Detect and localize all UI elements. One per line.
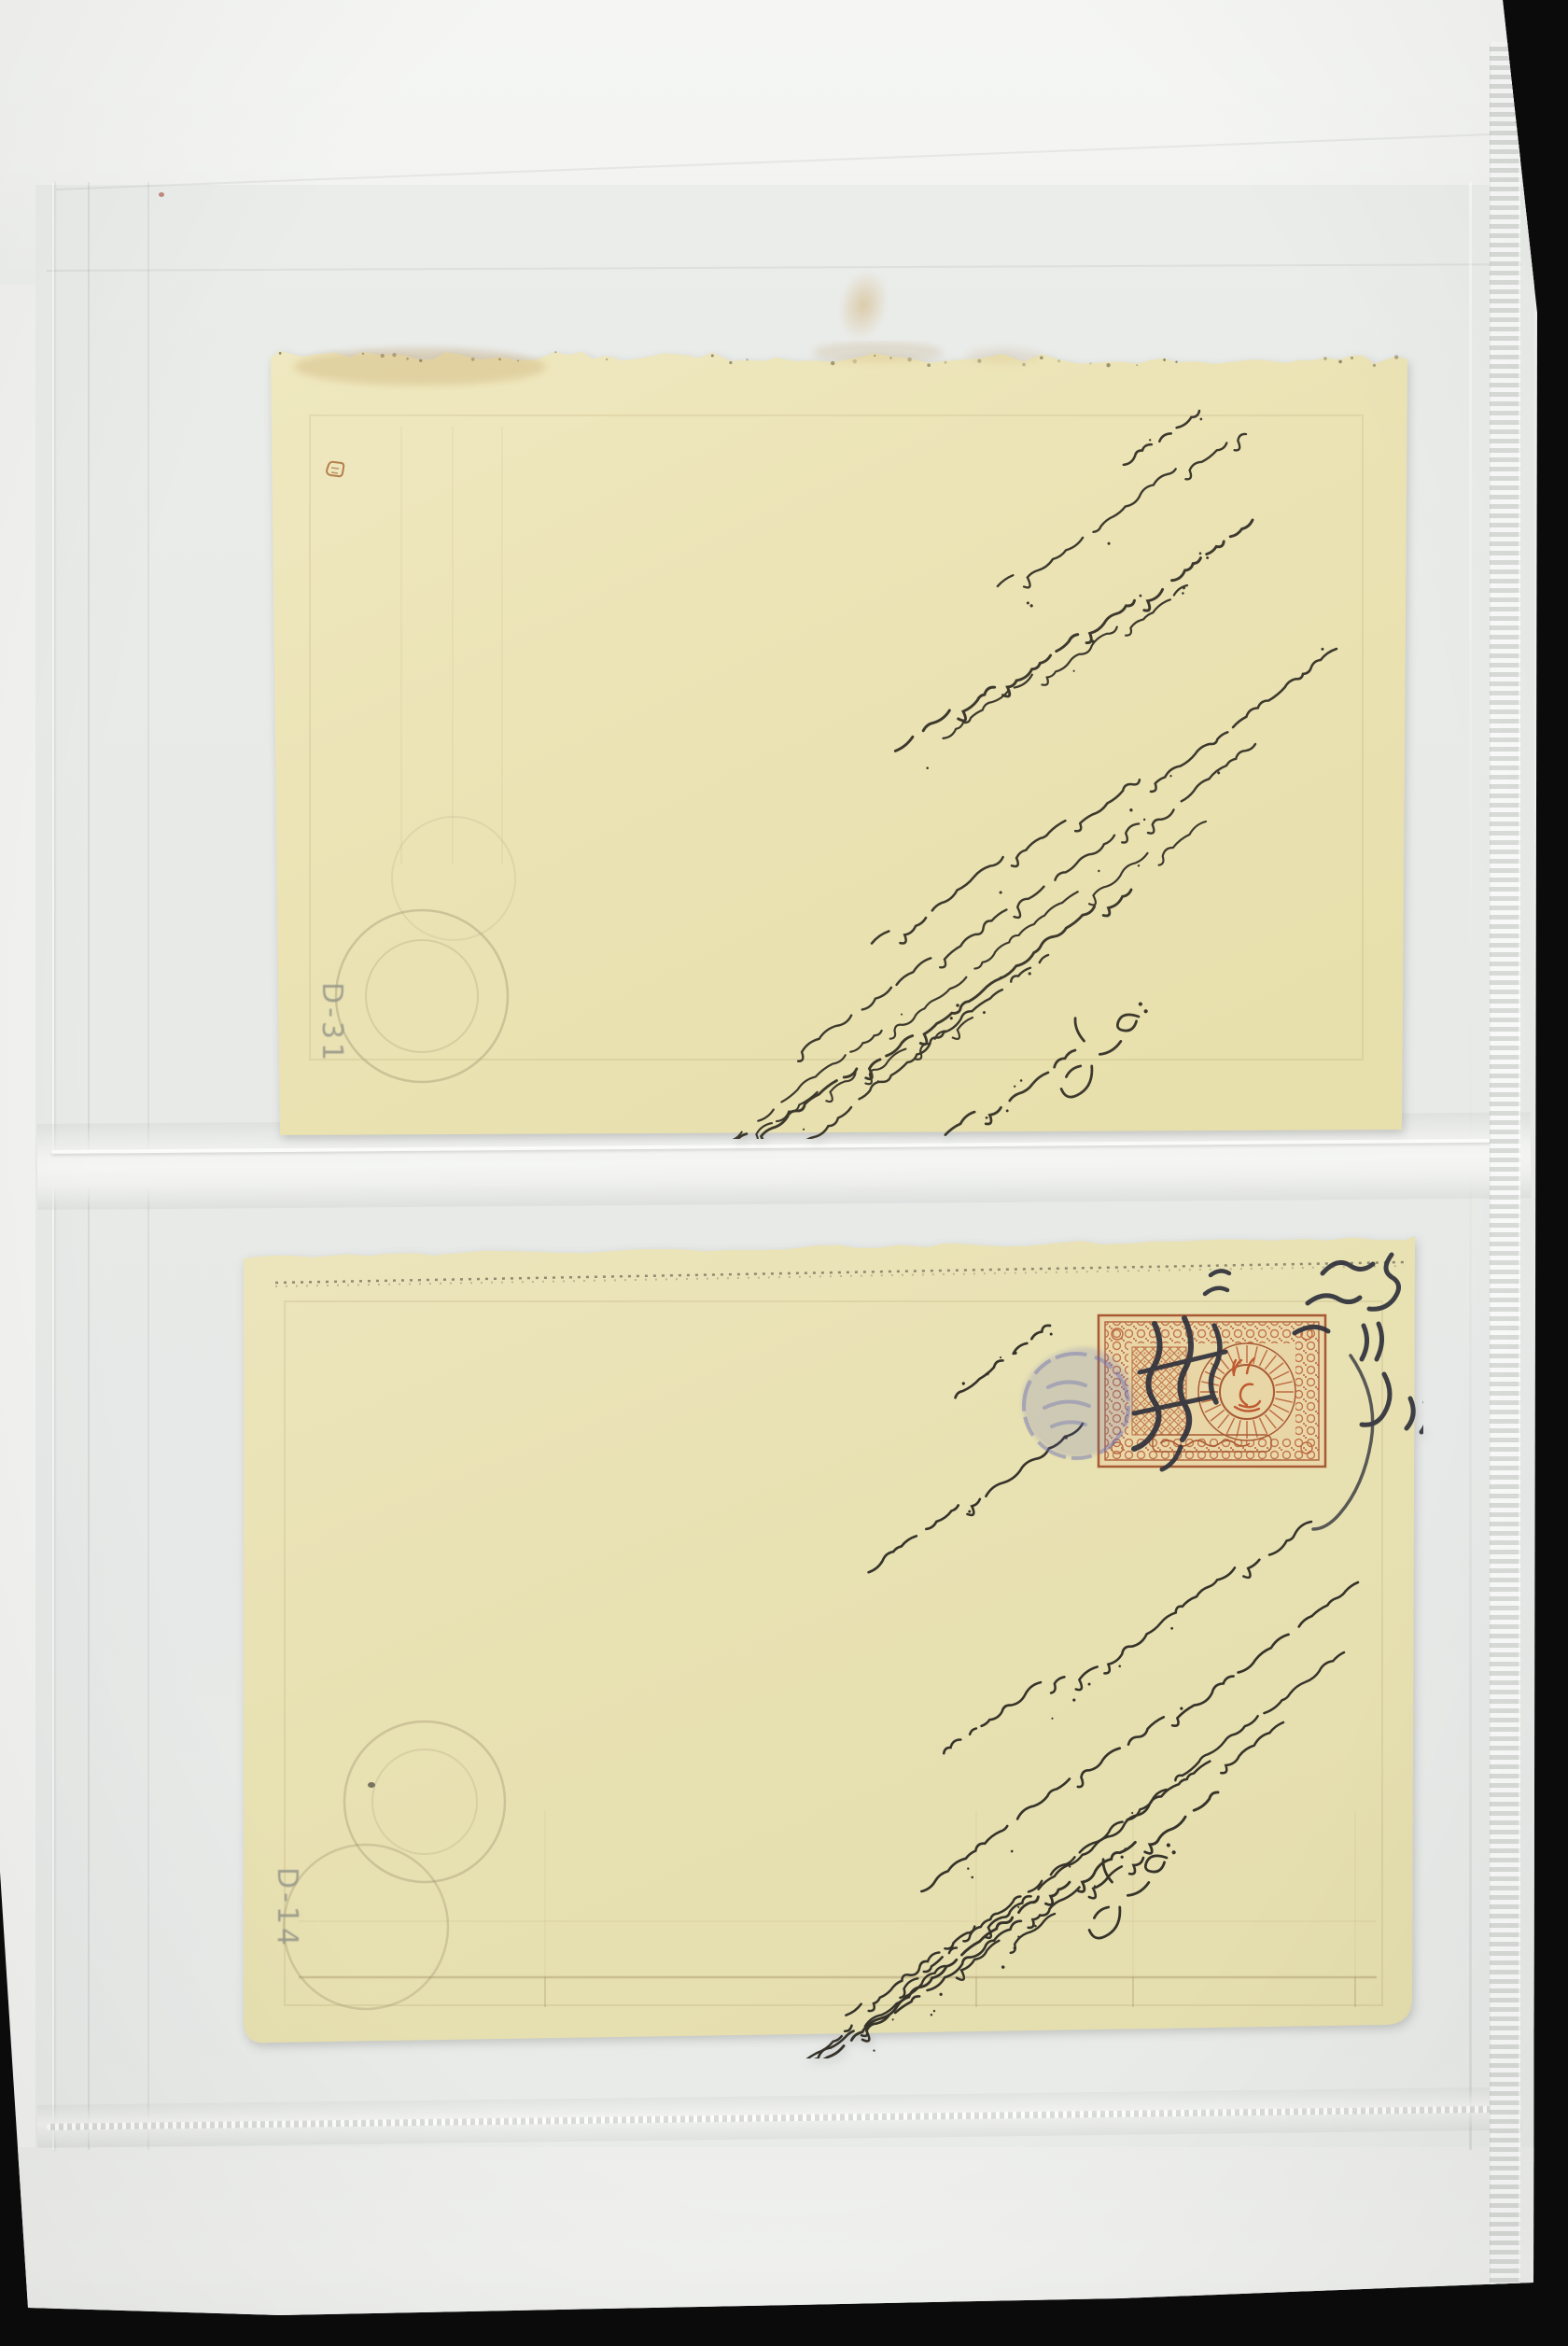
album-page-footer-strip [0,2147,1568,2346]
album-page: D-31 D-14 [0,0,1568,2346]
document-top [261,341,1414,1139]
pencil-code-top: D-31 [315,982,348,1064]
document-bottom [210,1214,1423,2058]
sleeve-right-weld-strip [1490,42,1520,2287]
photo-backdrop: { "photo": { "background_color": "#0b0b0… [0,0,1568,2346]
deckled-paper-top [271,351,1407,1135]
pocket-divider-highlight [51,1139,1507,1154]
pencil-code-bottom: D-14 [271,1867,303,1949]
red-speck [159,192,164,197]
weld-texture [47,2106,1503,2130]
